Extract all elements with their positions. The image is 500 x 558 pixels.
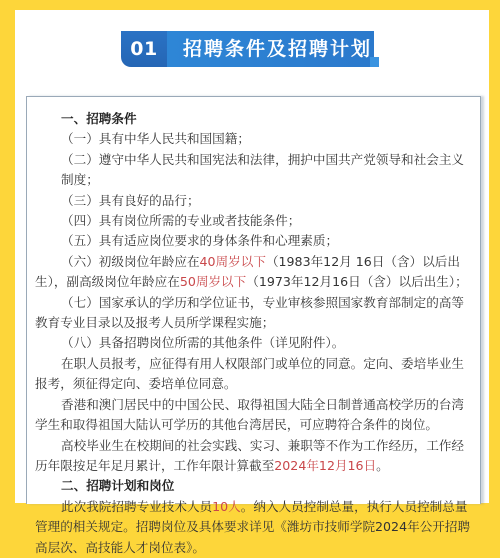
condition-item-3: （三）具有良好的品行；: [35, 191, 471, 211]
page-frame: 01 招聘条件及招聘计划 一、招聘条件 （一）具有中华人民共和国国籍； （二）遵…: [15, 10, 489, 503]
experience-text-end: 。: [376, 458, 389, 473]
experience-text: 高校毕业生在校期间的社会实践、实习、兼职等不作为工作经历，工作经历年限按足年足月…: [35, 438, 464, 473]
heading-recruitment-conditions: 一、招聘条件: [35, 109, 471, 129]
paragraph-work-experience: 高校毕业生在校期间的社会实践、实习、兼职等不作为工作经历，工作经历年限按足年足月…: [35, 436, 471, 477]
condition-item-4: （四）具有岗位所需的专业或者技能条件；: [35, 211, 471, 231]
section-title: 招聘条件及招聘计划: [167, 31, 374, 67]
section-number: 01: [121, 31, 167, 67]
paragraph-recruitment-plan: 此次我院招聘专业技术人员10人。纳入人员控制总量，执行人员控制总量管理的相关规定…: [35, 497, 471, 514]
age-text-suffix: （1973年12月16日（含）以后出生）；: [246, 274, 468, 289]
paragraph-employed-applicants: 在职人员报考，应征得有用人权限部门或单位的同意。定向、委培毕业生报考，须征得定向…: [35, 354, 471, 395]
recruit-count: 10人: [212, 499, 241, 514]
condition-item-8: （八）具备招聘岗位所需的其他条件（详见附件）。: [35, 333, 471, 353]
paragraph-hk-macao-taiwan: 香港和澳门居民中的中国公民、取得祖国大陆全日制普通高校学历的台湾学生和取得祖国大…: [35, 395, 471, 436]
banner-corner-decoration: [370, 57, 379, 67]
age-limit-senior: 50周岁以下: [180, 274, 246, 289]
condition-item-1: （一）具有中华人民共和国国籍；: [35, 129, 471, 149]
section-banner: 01 招聘条件及招聘计划: [121, 31, 374, 67]
age-text-prefix: （六）初级岗位年龄应在: [61, 254, 200, 269]
document-body: 一、招聘条件 （一）具有中华人民共和国国籍； （二）遵守中华人民共和国宪法和法律…: [35, 109, 471, 514]
plan-text: 此次我院招聘专业技术人员: [61, 499, 212, 514]
condition-item-7: （七）国家承认的学历和学位证书，专业审核参照国家教育部制定的高等教育专业目录以及…: [35, 293, 471, 334]
condition-item-6: （六）初级岗位年龄应在40周岁以下（1983年12月 16日（含）以后出生），副…: [35, 252, 471, 293]
heading-recruitment-plan: 二、招聘计划和岗位: [35, 476, 471, 496]
condition-item-2: （二）遵守中华人民共和国宪法和法律，拥护中国共产党领导和社会主义制度；: [35, 150, 471, 191]
content-box: 一、招聘条件 （一）具有中华人民共和国国籍； （二）遵守中华人民共和国宪法和法律…: [26, 96, 481, 504]
experience-cutoff-date: 2024年12月16日: [274, 458, 376, 473]
condition-item-5: （五）具有适应岗位要求的身体条件和心理素质；: [35, 231, 471, 251]
age-limit-junior: 40周岁以下: [200, 254, 266, 269]
